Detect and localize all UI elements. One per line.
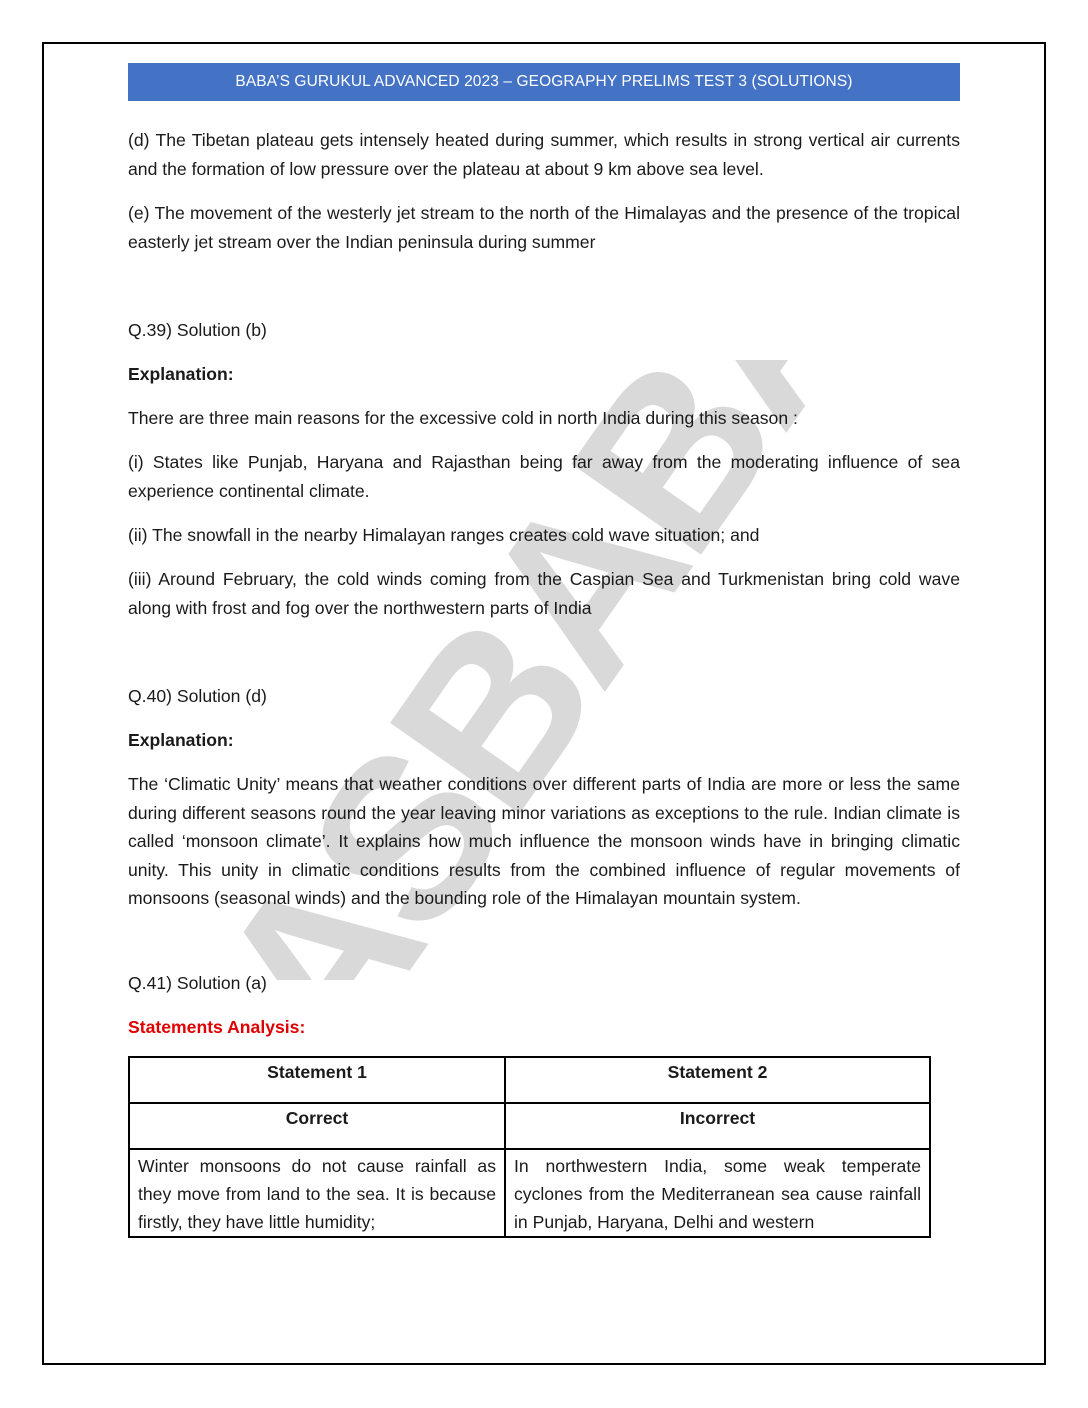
header-statement-1: Statement 1 <box>129 1057 505 1103</box>
question-41: Q.41) Solution (a) Statements Analysis: … <box>128 969 960 1238</box>
explanation-statement-1: Winter monsoons do not cause rainfall as… <box>129 1149 505 1237</box>
q39-intro: There are three main reasons for the exc… <box>128 404 960 433</box>
q41-heading: Q.41) Solution (a) <box>128 969 960 998</box>
q39-point-ii: (ii) The snowfall in the nearby Himalaya… <box>128 521 960 550</box>
q39-point-iii: (iii) Around February, the cold winds co… <box>128 565 960 623</box>
table-row: Correct Incorrect <box>129 1103 930 1149</box>
verdict-statement-1: Correct <box>129 1103 505 1149</box>
question-40: Q.40) Solution (d) Explanation: The ‘Cli… <box>128 682 960 913</box>
document-body: (d) The Tibetan plateau gets intensely h… <box>128 126 960 1238</box>
point-d: (d) The Tibetan plateau gets intensely h… <box>128 126 960 184</box>
table-row: Winter monsoons do not cause rainfall as… <box>129 1149 930 1237</box>
verdict-statement-2: Incorrect <box>505 1103 930 1149</box>
question-39: Q.39) Solution (b) Explanation: There ar… <box>128 316 960 623</box>
q40-explanation-label: Explanation: <box>128 726 960 755</box>
statements-analysis-table: Statement 1 Statement 2 Correct Incorrec… <box>128 1056 931 1238</box>
q39-heading: Q.39) Solution (b) <box>128 316 960 345</box>
q40-heading: Q.40) Solution (d) <box>128 682 960 711</box>
explanation-statement-2: In northwestern India, some weak tempera… <box>505 1149 930 1237</box>
q39-explanation-label: Explanation: <box>128 360 960 389</box>
point-e: (e) The movement of the westerly jet str… <box>128 199 960 257</box>
q40-body: The ‘Climatic Unity’ means that weather … <box>128 770 960 913</box>
statements-analysis-label: Statements Analysis: <box>128 1013 960 1042</box>
q39-point-i: (i) States like Punjab, Haryana and Raja… <box>128 448 960 506</box>
header-statement-2: Statement 2 <box>505 1057 930 1103</box>
table-row: Statement 1 Statement 2 <box>129 1057 930 1103</box>
document-header: BABA’S GURUKUL ADVANCED 2023 – GEOGRAPHY… <box>128 63 960 101</box>
